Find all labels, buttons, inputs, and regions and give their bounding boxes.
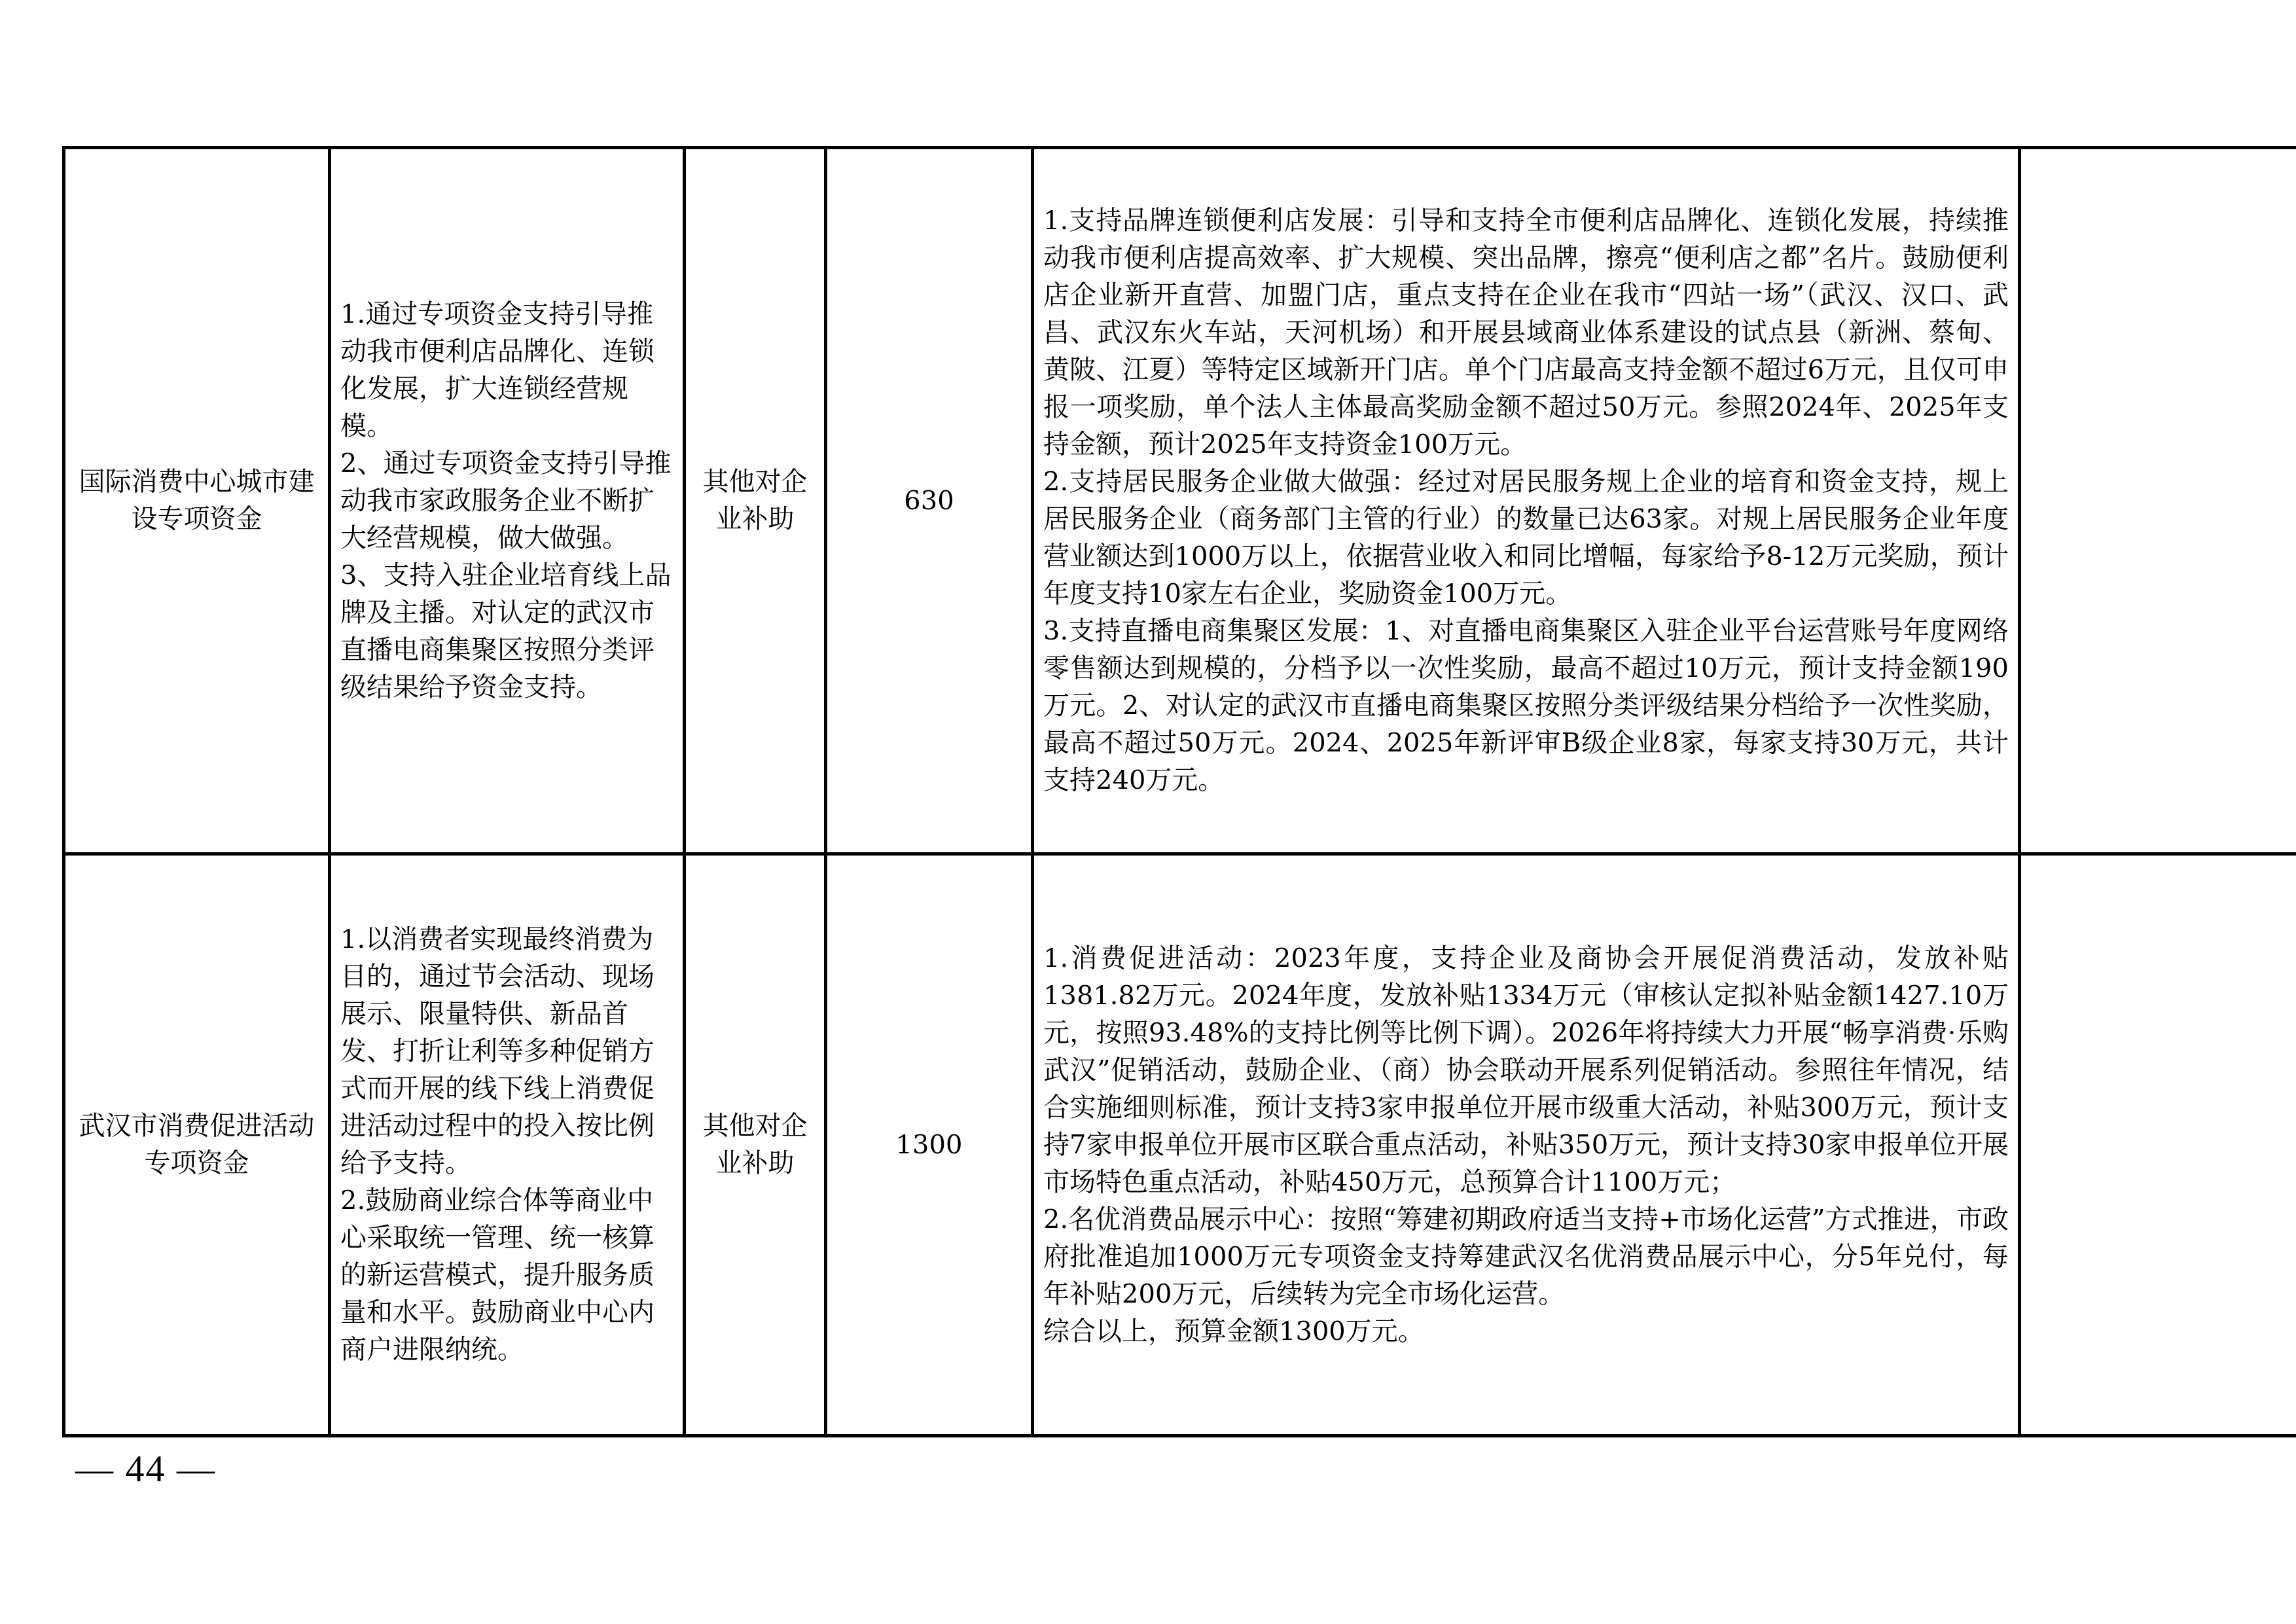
detail-item: 1.消费促进活动：2023年度，支持企业及商协会开展促消费活动，发放补贴1381… xyxy=(1043,940,2009,1201)
goal-item: 2.鼓励商业综合体等商业中心采取统一管理、统一核算的新运营模式，提升服务质量和水… xyxy=(340,1182,673,1369)
table-row: 国际消费中心城市建设专项资金 1.通过专项资金支持引导推动我市便利店品牌化、连锁… xyxy=(64,148,2296,854)
amount: 1300 xyxy=(896,1130,963,1160)
details-cell: 1.支持品牌连锁便利店发展：引导和支持全市便利店品牌化、连锁化发展，持续推动我市… xyxy=(1033,148,2020,854)
fund-name-cell: 武汉市消费促进活动专项资金 xyxy=(64,854,330,1436)
amount: 630 xyxy=(904,486,954,516)
detail-item: 1.支持品牌连锁便利店发展：引导和支持全市便利店品牌化、连锁化发展，持续推动我市… xyxy=(1043,202,2009,463)
subsidy-type: 其他对企业补助 xyxy=(703,467,808,534)
detail-item: 综合以上，预算金额1300万元。 xyxy=(1043,1313,2009,1350)
details-cell: 1.消费促进活动：2023年度，支持企业及商协会开展促消费活动，发放补贴1381… xyxy=(1033,854,2020,1436)
fund-name-cell: 国际消费中心城市建设专项资金 xyxy=(64,148,330,854)
detail-item: 2.名优消费品展示中心：按照“筹建初期政府适当支持+市场化运营”方式推进，市政府… xyxy=(1043,1201,2009,1313)
detail-item: 2.支持居民服务企业做大做强：经过对居民服务规上企业的培育和资金支持，规上居民服… xyxy=(1043,463,2009,613)
subsidy-type-cell: 其他对企业补助 xyxy=(685,854,826,1436)
fund-name: 国际消费中心城市建设专项资金 xyxy=(79,467,315,534)
fund-name: 武汉市消费促进活动专项资金 xyxy=(79,1111,315,1178)
amount-cell: 630 xyxy=(826,148,1033,854)
goal-item: 1.通过专项资金支持引导推动我市便利店品牌化、连锁化发展，扩大连锁经营规模。 xyxy=(340,296,673,445)
budget-table: 国际消费中心城市建设专项资金 1.通过专项资金支持引导推动我市便利店品牌化、连锁… xyxy=(62,146,2296,1437)
goal-item: 3、支持入驻企业培育线上品牌及主播。对认定的武汉市直播电商集聚区按照分类评级结果… xyxy=(340,557,673,706)
goal-item: 2、通过专项资金支持引导推动我市家政服务企业不断扩大经营规模，做大做强。 xyxy=(340,445,673,557)
amount-cell: 1300 xyxy=(826,854,1033,1436)
note-cell xyxy=(2020,148,2296,854)
page-number: — 44 — xyxy=(75,1447,216,1490)
note-cell xyxy=(2020,854,2296,1436)
detail-item: 3.支持直播电商集聚区发展：1、对直播电商集聚区入驻企业平台运营账号年度网络零售… xyxy=(1043,613,2009,799)
table-row: 武汉市消费促进活动专项资金 1.以消费者实现最终消费为目的，通过节会活动、现场展… xyxy=(64,854,2296,1436)
subsidy-type: 其他对企业补助 xyxy=(703,1111,808,1178)
subsidy-type-cell: 其他对企业补助 xyxy=(685,148,826,854)
goals-cell: 1.以消费者实现最终消费为目的，通过节会活动、现场展示、限量特供、新品首发、打折… xyxy=(330,854,685,1436)
goal-item: 1.以消费者实现最终消费为目的，通过节会活动、现场展示、限量特供、新品首发、打折… xyxy=(340,921,673,1182)
goals-cell: 1.通过专项资金支持引导推动我市便利店品牌化、连锁化发展，扩大连锁经营规模。 2… xyxy=(330,148,685,854)
